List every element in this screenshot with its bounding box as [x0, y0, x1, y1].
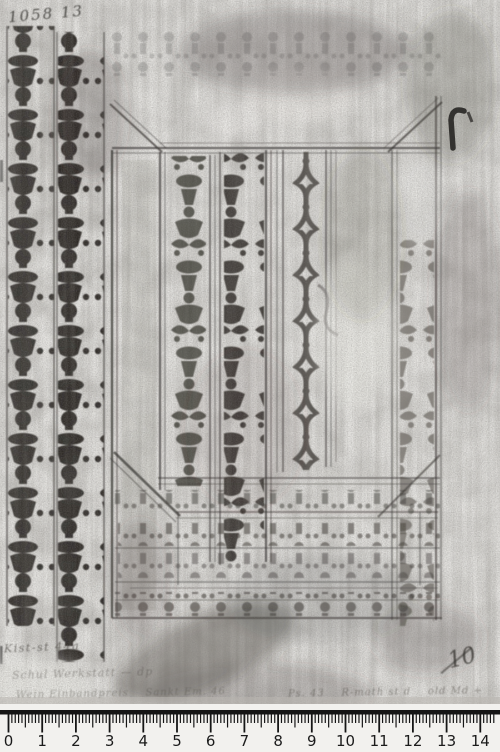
scan-grain [0, 0, 500, 752]
ruler-number: 0 [4, 732, 14, 750]
ruler-number: 12 [403, 732, 422, 750]
ruler-number: 11 [370, 732, 389, 750]
ruler-number: 5 [172, 732, 182, 750]
ruler-number: 1 [37, 732, 47, 750]
rubbing-artwork: 01234567891011121314 [0, 0, 500, 752]
ruler-number: 9 [307, 732, 317, 750]
ruler-number: 6 [206, 732, 216, 750]
rubbing-scan: 01234567891011121314 1058 13 Kist-st 44a… [0, 0, 500, 752]
ruler-number: 13 [437, 732, 456, 750]
ruler-number: 8 [273, 732, 283, 750]
ruler: 01234567891011121314 [0, 697, 500, 752]
ruler-edge-bar [0, 710, 500, 715]
ruler-number: 14 [471, 732, 490, 750]
ruler-number: 2 [71, 732, 81, 750]
ruler-number: 3 [105, 732, 115, 750]
ruler-number: 7 [240, 732, 250, 750]
ruler-number: 10 [336, 732, 355, 750]
ruler-number: 4 [139, 732, 149, 750]
